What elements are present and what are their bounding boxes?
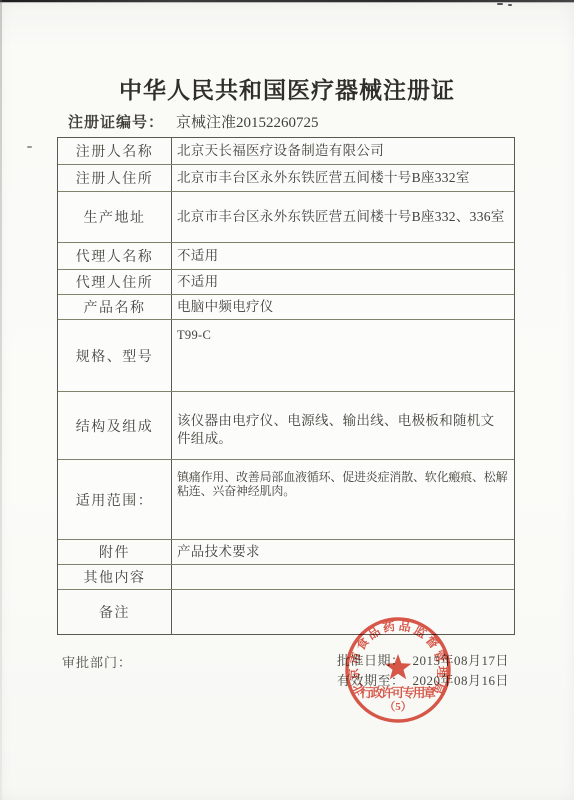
table-row: 产品名称 电脑中频电疗仪 xyxy=(58,294,514,319)
row-label: 注册人住所 xyxy=(58,165,172,191)
table-row: 规格、型号 T99-C xyxy=(58,319,514,391)
table-row: 注册人名称 北京天长福医疗设备制造有限公司 xyxy=(58,138,514,164)
row-value: 北京市丰台区永外东铁匠营五间楼十号B座332室 xyxy=(172,165,514,191)
table-row: 适用范围： 镇痛作用、改善局部血液循环、促进炎症消散、软化瘢痕、松解粘连、兴奋神… xyxy=(58,459,514,539)
registration-number-value: 京械注准20152260725 xyxy=(176,111,319,132)
seal-number: （5） xyxy=(384,700,412,713)
row-value: 北京市丰台区永外东铁匠营五间楼十号B座332、336室 xyxy=(172,192,514,242)
table-row: 代理人住所 不适用 xyxy=(58,269,514,294)
table-row: 其他内容 xyxy=(58,564,514,589)
row-value xyxy=(172,565,514,589)
official-seal-stamp: 北京市食品药品监督管理局 行政许可专用章 （5） xyxy=(340,612,456,728)
scan-speck xyxy=(27,146,32,148)
row-label: 生产地址 xyxy=(58,192,172,242)
row-label: 注册人名称 xyxy=(58,138,172,164)
row-label: 产品名称 xyxy=(58,295,172,319)
table-row: 生产地址 北京市丰台区永外东铁匠营五间楼十号B座332、336室 xyxy=(58,191,514,242)
row-label: 代理人住所 xyxy=(58,270,172,294)
row-label: 代理人名称 xyxy=(58,243,172,269)
row-value: 电脑中频电疗仪 xyxy=(172,295,514,319)
scan-speck xyxy=(508,4,512,6)
row-value: 镇痛作用、改善局部血液循环、促进炎症消散、软化瘢痕、松解粘连、兴奋神经肌肉。 xyxy=(172,460,514,539)
certificate-title: 中华人民共和国医疗器械注册证 xyxy=(0,72,574,105)
table-row: 附件 产品技术要求 xyxy=(58,539,514,564)
table-row: 代理人名称 不适用 xyxy=(58,242,514,269)
scan-edge-artifact xyxy=(0,2,574,3)
scan-edge-artifact xyxy=(0,0,2,800)
certificate-page: 中华人民共和国医疗器械注册证 注册证编号： 京械注准20152260725 注册… xyxy=(0,0,574,800)
row-label: 结构及组成 xyxy=(58,392,172,459)
row-label: 适用范围： xyxy=(58,460,172,539)
seal-star-icon xyxy=(385,654,412,679)
table-row: 结构及组成 该仪器由电疗仪、电源线、输出线、电极板和随机文件组成。 xyxy=(58,391,514,459)
scan-speck xyxy=(497,3,503,5)
certificate-table: 注册人名称 北京天长福医疗设备制造有限公司 注册人住所 北京市丰台区永外东铁匠营… xyxy=(57,137,515,635)
approval-department-label: 审批部门： xyxy=(62,652,132,671)
row-label: 附件 xyxy=(58,540,172,564)
registration-number-line: 注册证编号： 京械注准20152260725 xyxy=(68,111,319,132)
table-row: 注册人住所 北京市丰台区永外东铁匠营五间楼十号B座332室 xyxy=(58,164,514,191)
row-label: 规格、型号 xyxy=(58,320,172,391)
row-value: 北京天长福医疗设备制造有限公司 xyxy=(172,138,514,164)
row-label: 备注 xyxy=(58,590,172,634)
row-value: 不适用 xyxy=(172,243,514,269)
row-value: 不适用 xyxy=(172,270,514,294)
row-label: 其他内容 xyxy=(58,565,172,589)
row-value: 产品技术要求 xyxy=(172,540,514,564)
row-value: T99-C xyxy=(172,320,514,391)
seal-caption: 行政许可专用章 xyxy=(360,685,436,700)
registration-number-label: 注册证编号： xyxy=(68,111,164,132)
row-value: 该仪器由电疗仪、电源线、输出线、电极板和随机文件组成。 xyxy=(172,392,514,459)
